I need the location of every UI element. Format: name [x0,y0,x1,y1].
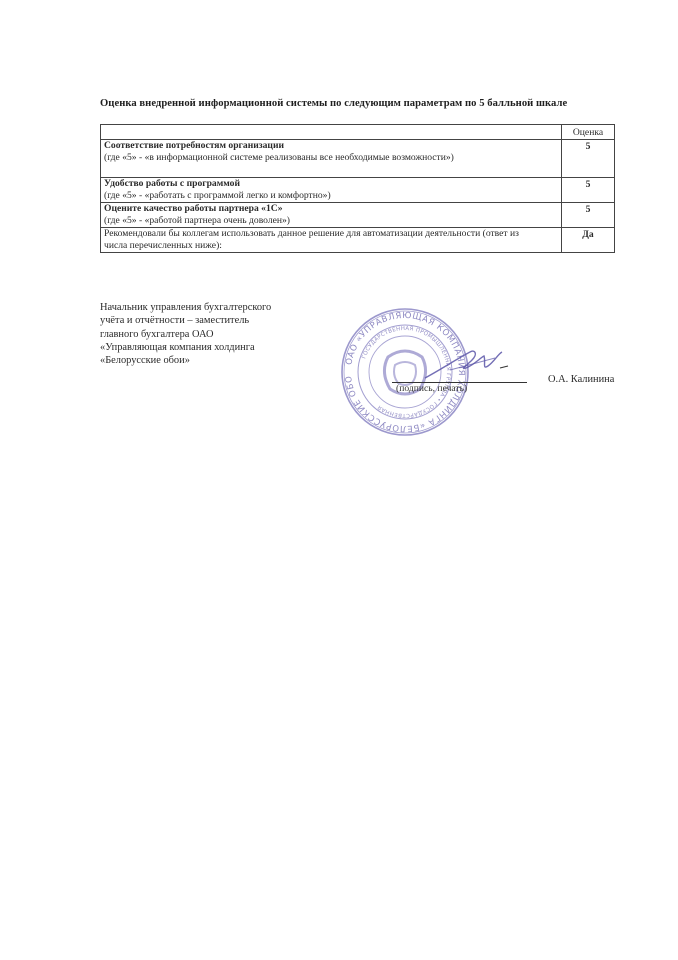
table-row: Оцените качество работы партнера «1С» (г… [101,203,615,228]
signatory-line: учёта и отчётности – заместитель [100,314,271,327]
table-row: Удобство работы с программой (где «5» - … [101,178,615,203]
score-value: 5 [562,178,615,203]
evaluation-table: Оценка Соответствие потребностям организ… [100,124,615,253]
criterion-cell: Соответствие потребностям организации (г… [101,140,562,178]
signature-icon [420,340,510,385]
header-score: Оценка [562,125,615,140]
criterion-cell: Рекомендовали бы коллегам использовать д… [101,228,562,253]
criterion-description: (где «5» - «работать с программой легко … [104,190,558,202]
criterion-cell: Удобство работы с программой (где «5» - … [101,178,562,203]
signatory-position: Начальник управления бухгалтерского учёт… [100,301,271,367]
signatory-line: «Управляющая компания холдинга [100,341,271,354]
criterion-title: Оцените качество работы партнера «1С» [104,203,558,215]
score-value: 5 [562,203,615,228]
signer-name: О.А. Калинина [548,374,614,385]
criterion-description: Рекомендовали бы коллегам использовать д… [104,228,534,252]
criterion-description: (где «5» - «работой партнера очень довол… [104,215,558,227]
table-header-row: Оценка [101,125,615,140]
signatory-line: Начальник управления бухгалтерского [100,301,271,314]
criterion-title: Соответствие потребностям организации [104,140,558,152]
table-row: Рекомендовали бы коллегам использовать д… [101,228,615,253]
document-title: Оценка внедренной информационной системы… [100,98,567,109]
table-row: Соответствие потребностям организации (г… [101,140,615,178]
signature-caption: (подпись, печать) [396,383,467,394]
signatory-line: «Белорусские обои» [100,354,271,367]
score-value: Да [562,228,615,253]
score-value: 5 [562,140,615,178]
criterion-title: Удобство работы с программой [104,178,558,190]
criterion-cell: Оцените качество работы партнера «1С» (г… [101,203,562,228]
signatory-line: главного бухгалтера ОАО [100,328,271,341]
header-criterion [101,125,562,140]
criterion-description: (где «5» - «в информационной системе реа… [104,152,534,164]
